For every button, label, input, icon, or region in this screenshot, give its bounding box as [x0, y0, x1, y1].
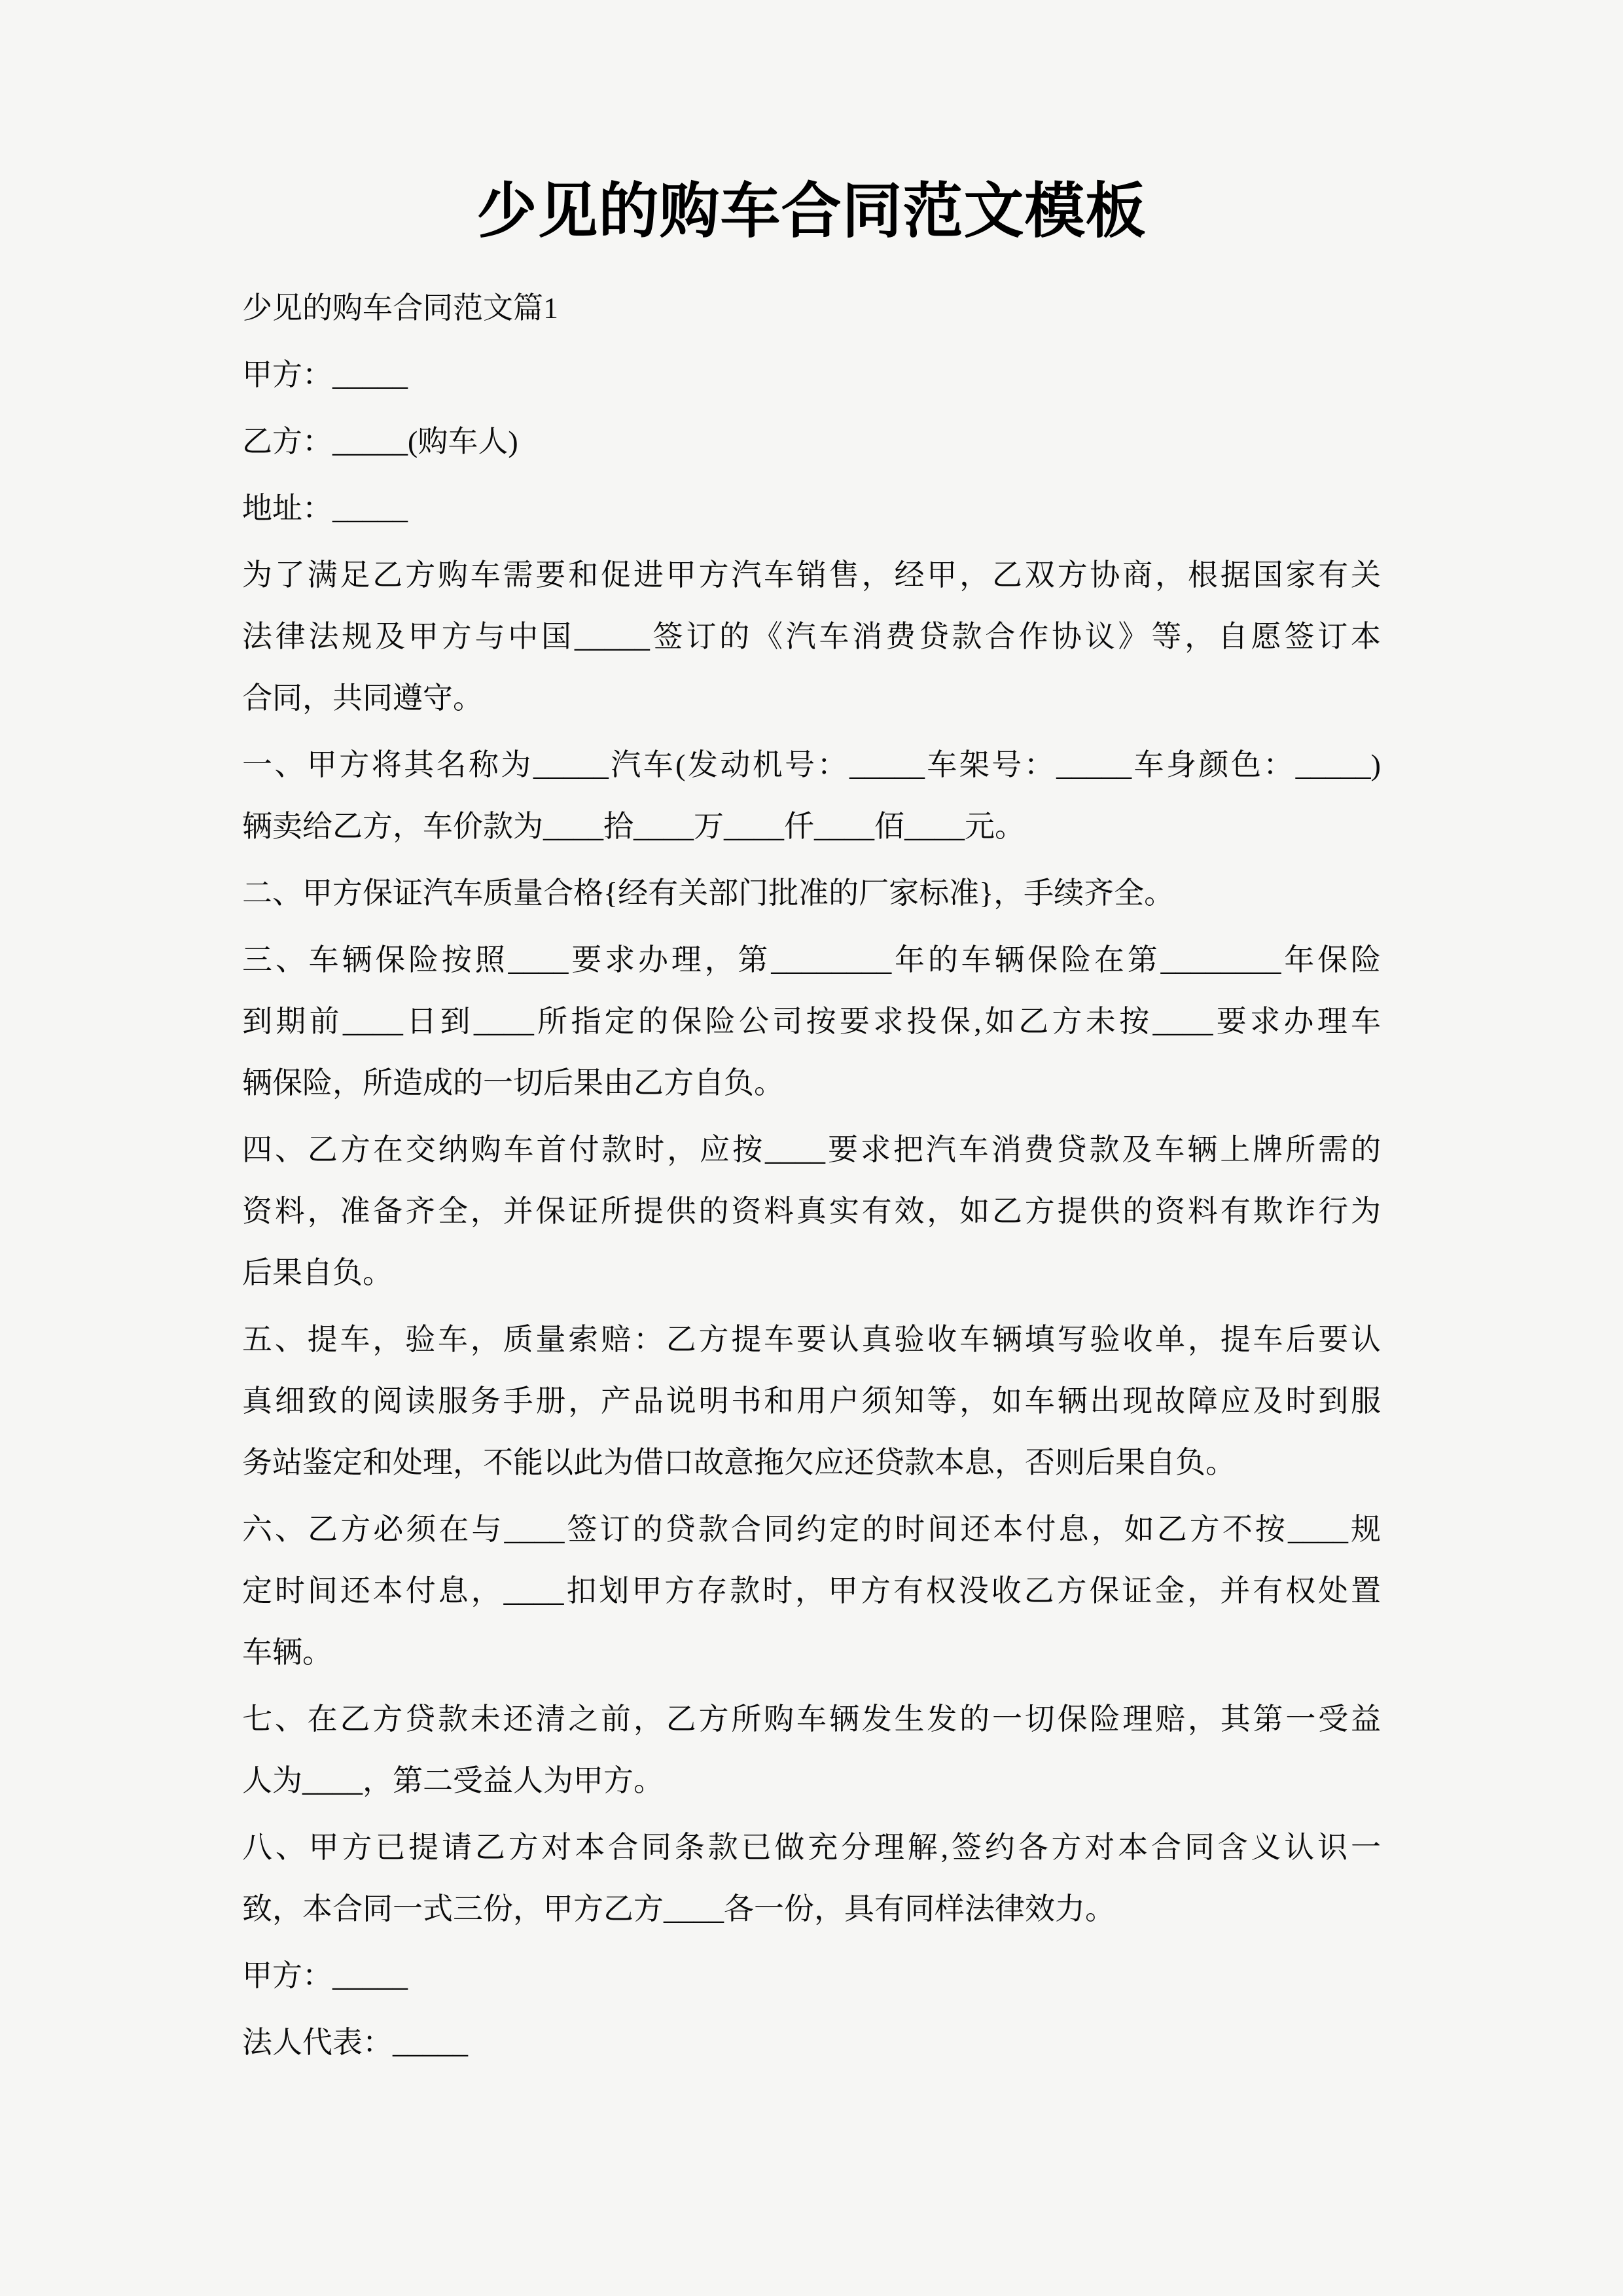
text-line: 为了满足乙方购车需要和促进甲方汽车销售，经甲，乙双方协商，根据国家有关	[242, 545, 1381, 606]
paragraph: 甲方：_____	[242, 344, 1381, 406]
text-line: 定时间还本付息，____扣划甲方存款时，甲方有权没收乙方保证金，并有权处置	[242, 1560, 1381, 1622]
text-line: 二、甲方保证汽车质量合格{经有关部门批准的厂家标准}，手续齐全。	[242, 863, 1381, 924]
page-title: 少见的购车合同范文模板	[0, 0, 1623, 247]
text-line: 三、车辆保险按照____要求办理，第________年的车辆保险在第______…	[242, 929, 1381, 991]
paragraph: 少见的购车合同范文篇1	[242, 278, 1381, 339]
text-line: 资料，准备齐全，并保证所提供的资料真实有效，如乙方提供的资料有欺诈行为	[242, 1181, 1381, 1242]
text-line: 务站鉴定和处理，不能以此为借口故意拖欠应还贷款本息，否则后果自负。	[242, 1432, 1381, 1494]
paragraph: 五、提车，验车，质量索赔：乙方提车要认真验收车辆填写验收单，提车后要认真细致的阅…	[242, 1309, 1381, 1494]
text-line: 到期前____日到____所指定的保险公司按要求投保,如乙方未按____要求办理…	[242, 991, 1381, 1052]
paragraph: 六、乙方必须在与____签订的贷款合同约定的时间还本付息，如乙方不按____规定…	[242, 1499, 1381, 1683]
text-line: 甲方：_____	[242, 344, 1381, 406]
text-line: 辆卖给乙方，车价款为____拾____万____仟____佰____元。	[242, 796, 1381, 857]
paragraph: 二、甲方保证汽车质量合格{经有关部门批准的厂家标准}，手续齐全。	[242, 863, 1381, 924]
paragraph: 为了满足乙方购车需要和促进甲方汽车销售，经甲，乙双方协商，根据国家有关法律法规及…	[242, 545, 1381, 729]
text-line: 合同，共同遵守。	[242, 668, 1381, 729]
text-line: 四、乙方在交纳购车首付款时，应按____要求把汽车消费贷款及车辆上牌所需的	[242, 1119, 1381, 1181]
text-line: 地址：_____	[242, 478, 1381, 539]
contract-page: 少见的购车合同范文模板 少见的购车合同范文篇1甲方：_____乙方：_____(…	[0, 0, 1623, 2296]
paragraph: 地址：_____	[242, 478, 1381, 539]
paragraph: 甲方：_____	[242, 1945, 1381, 2007]
text-line: 车辆。	[242, 1622, 1381, 1683]
text-line: 法律法规及甲方与中国_____签订的《汽车消费贷款合作协议》等，自愿签订本	[242, 606, 1381, 668]
text-line: 七、在乙方贷款未还清之前，乙方所购车辆发生发的一切保险理赔，其第一受益	[242, 1689, 1381, 1750]
text-line: 辆保险，所造成的一切后果由乙方自负。	[242, 1052, 1381, 1114]
paragraph: 乙方：_____(购车人)	[242, 411, 1381, 473]
paragraph: 八、甲方已提请乙方对本合同条款已做充分理解,签约各方对本合同含义认识一致，本合同…	[242, 1817, 1381, 1940]
text-line: 致，本合同一式三份，甲方乙方____各一份，具有同样法律效力。	[242, 1878, 1381, 1940]
paragraph: 一、甲方将其名称为_____汽车(发动机号：_____车架号：_____车身颜色…	[242, 734, 1381, 857]
text-line: 真细致的阅读服务手册，产品说明书和用户须知等，如车辆出现故障应及时到服	[242, 1371, 1381, 1432]
text-line: 法人代表：_____	[242, 2012, 1381, 2073]
text-line: 六、乙方必须在与____签订的贷款合同约定的时间还本付息，如乙方不按____规	[242, 1499, 1381, 1560]
text-line: 甲方：_____	[242, 1945, 1381, 2007]
paragraph: 三、车辆保险按照____要求办理，第________年的车辆保险在第______…	[242, 929, 1381, 1114]
text-line: 一、甲方将其名称为_____汽车(发动机号：_____车架号：_____车身颜色…	[242, 734, 1381, 796]
text-line: 后果自负。	[242, 1242, 1381, 1304]
paragraph: 七、在乙方贷款未还清之前，乙方所购车辆发生发的一切保险理赔，其第一受益人为___…	[242, 1689, 1381, 1812]
paragraph: 四、乙方在交纳购车首付款时，应按____要求把汽车消费贷款及车辆上牌所需的资料，…	[242, 1119, 1381, 1304]
document-body: 少见的购车合同范文篇1甲方：_____乙方：_____(购车人)地址：_____…	[242, 278, 1381, 2073]
paragraph: 法人代表：_____	[242, 2012, 1381, 2073]
text-line: 人为____，第二受益人为甲方。	[242, 1750, 1381, 1812]
text-line: 乙方：_____(购车人)	[242, 411, 1381, 473]
text-line: 少见的购车合同范文篇1	[242, 278, 1381, 339]
text-line: 五、提车，验车，质量索赔：乙方提车要认真验收车辆填写验收单，提车后要认	[242, 1309, 1381, 1371]
text-line: 八、甲方已提请乙方对本合同条款已做充分理解,签约各方对本合同含义认识一	[242, 1817, 1381, 1878]
